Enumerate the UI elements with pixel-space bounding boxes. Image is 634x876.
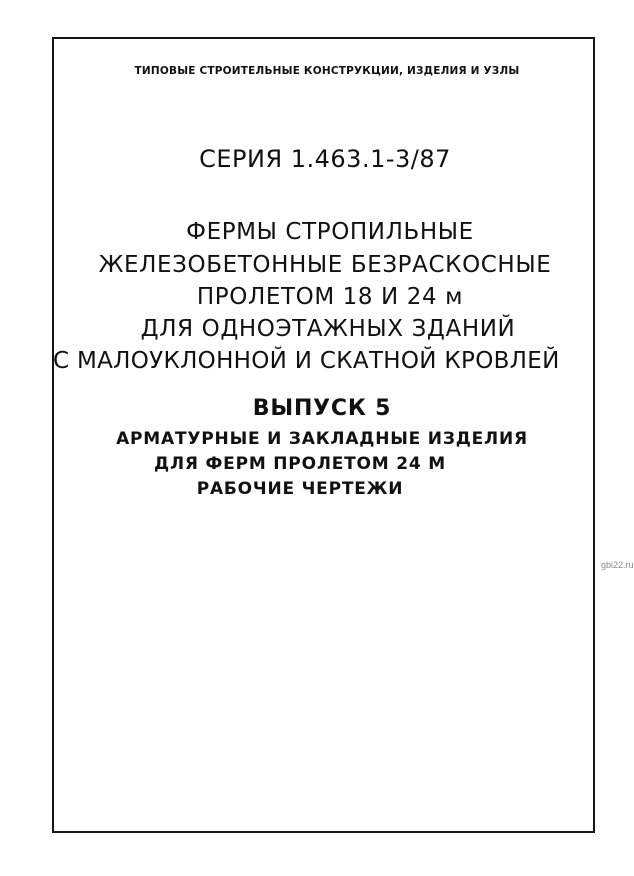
subtitle-line-3: РАБОЧИЕ ЧЕРТЕЖИ: [40, 481, 560, 498]
series-number: СЕРИЯ 1.463.1-3/87: [65, 147, 585, 171]
subtitle-line-1: АРМАТУРНЫЕ И ЗАКЛАДНЫЕ ИЗДЕЛИЯ: [62, 431, 582, 448]
title-line-3: ПРОЛЕТОМ 18 И 24 м: [70, 286, 590, 309]
title-line-4: ДЛЯ ОДНОЭТАЖНЫХ ЗДАНИЙ: [68, 318, 588, 341]
title-line-2: ЖЕЛЕЗОБЕТОННЫЕ БЕЗРАСКОСНЫЕ: [60, 254, 590, 277]
subtitle-line-2: ДЛЯ ФЕРМ ПРОЛЕТОМ 24 М: [40, 456, 560, 473]
title-line-1: ФЕРМЫ СТРОПИЛЬНЫЕ: [70, 221, 590, 244]
title-line-5: С МАЛОУКЛОННОЙ И СКАТНОЙ КРОВЛЕЙ: [53, 350, 593, 373]
watermark-text: gbi22.ru: [601, 560, 634, 570]
issue-number: ВЫПУСК 5: [62, 398, 582, 420]
document-header: ТИПОВЫЕ СТРОИТЕЛЬНЫЕ КОНСТРУКЦИИ, ИЗДЕЛИ…: [60, 66, 594, 77]
